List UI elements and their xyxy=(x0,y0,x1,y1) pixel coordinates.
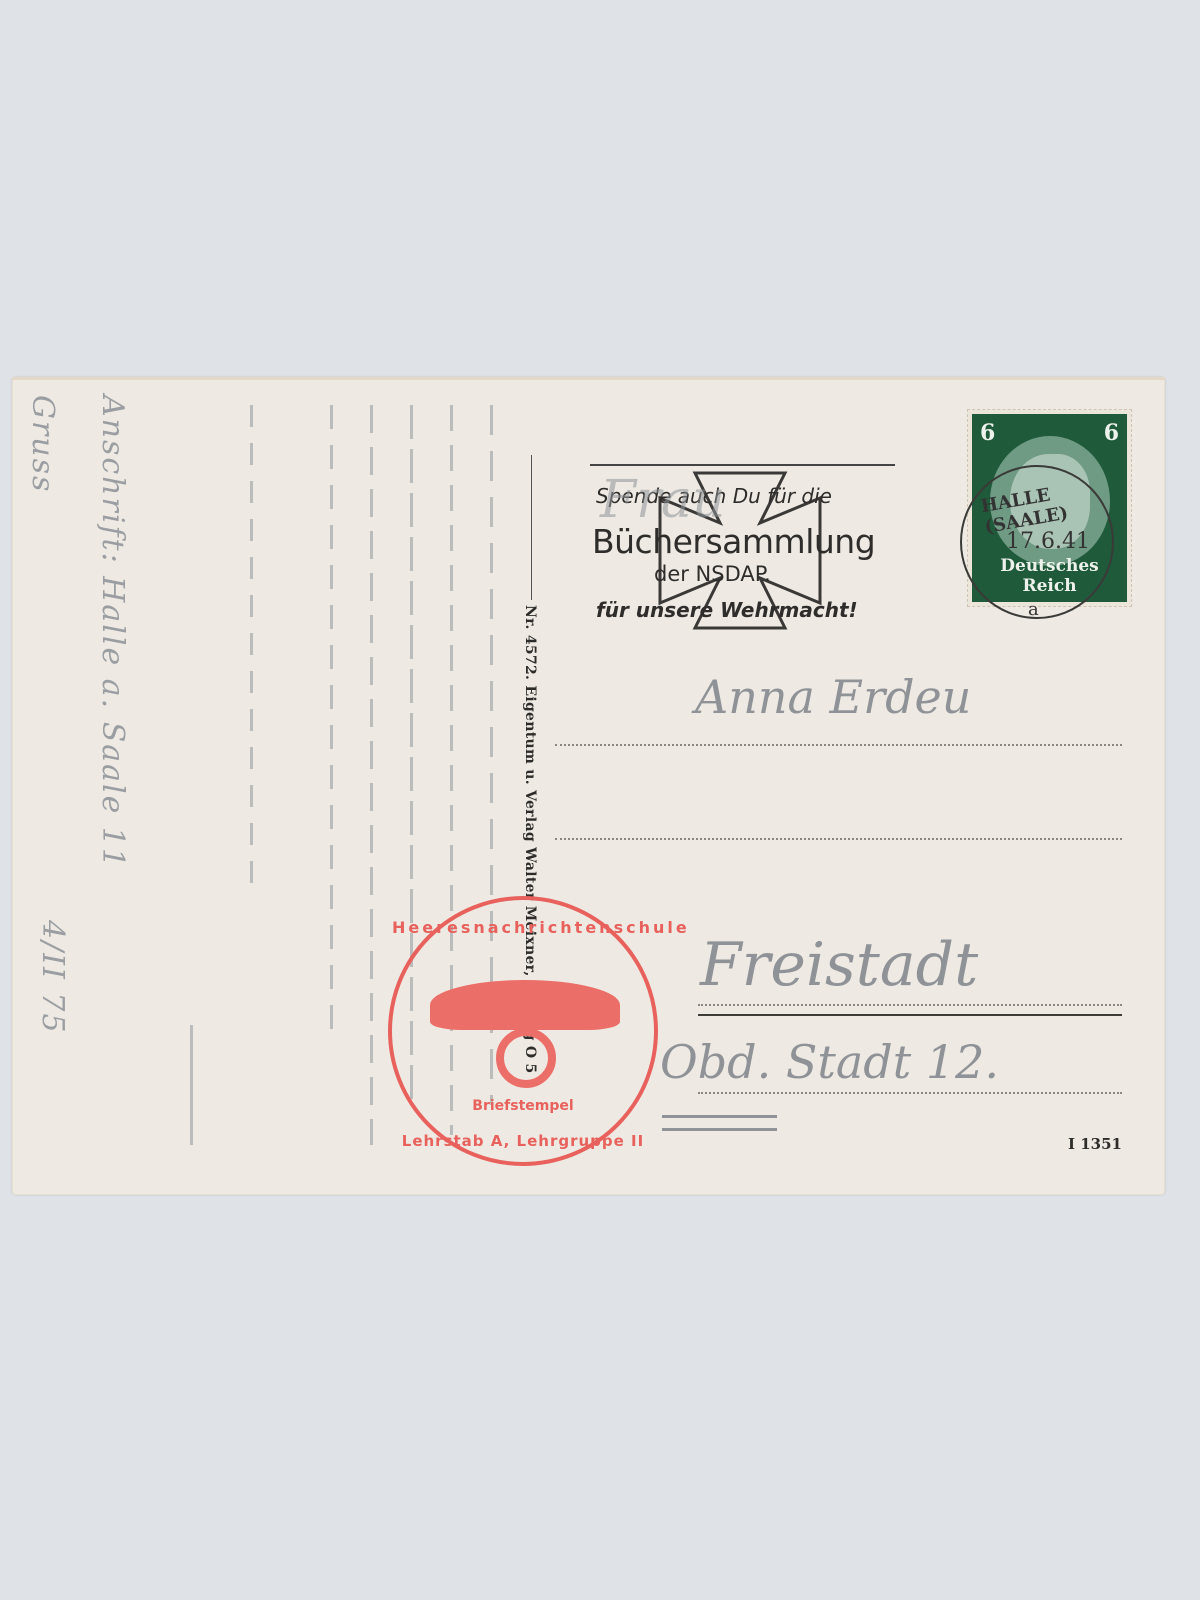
address-line-2: Anna Erdeu xyxy=(695,670,971,724)
address-solid-line xyxy=(698,1014,1122,1016)
handwriting-address-line: Anschrift: Halle a. Saale 11 xyxy=(95,395,130,869)
slogan-line-4: für unsere Wehrmacht! xyxy=(596,598,858,622)
address-line-3: Freistadt xyxy=(700,930,978,1000)
stamp-value-right: 6 xyxy=(1104,420,1119,446)
underline-mark xyxy=(662,1128,777,1131)
postmark-date: 17.6.41 xyxy=(1006,529,1090,554)
underline-mark xyxy=(662,1115,777,1118)
official-stamp-top-text: Heeresnachrichtenschule xyxy=(392,918,654,937)
wreath-icon xyxy=(496,1028,556,1088)
postmark-letter: a xyxy=(1028,599,1039,620)
address-dotted-line-2 xyxy=(555,838,1122,840)
address-line-1: Frau xyxy=(600,470,725,530)
stamp-value-left: 6 xyxy=(980,420,995,446)
slogan-line-3: der NSDAP. xyxy=(654,562,771,586)
address-dotted-line-1 xyxy=(555,744,1122,746)
address-line-4: Obd. Stadt 12. xyxy=(660,1035,999,1089)
card-edge xyxy=(12,377,1165,380)
handwriting-greeting: Gruss xyxy=(25,395,60,493)
official-stamp: Heeresnachrichtenschule Briefstempel Leh… xyxy=(388,896,658,1166)
emblem-icon xyxy=(430,980,620,1030)
cancel-frame xyxy=(590,464,895,466)
handwriting-date: 4/II 75 xyxy=(35,920,70,1035)
address-dotted-line-3 xyxy=(698,1004,1122,1006)
divider-line xyxy=(531,455,532,600)
card-number: I 1351 xyxy=(1068,1135,1122,1153)
address-dotted-line-4 xyxy=(698,1092,1122,1094)
official-stamp-bottom-text: Lehrstab A, Lehrgruppe II xyxy=(392,1132,654,1150)
postmark: HALLE (SAALE) 17.6.41 a xyxy=(960,465,1114,619)
official-stamp-middle-text: Briefstempel xyxy=(392,1098,654,1114)
